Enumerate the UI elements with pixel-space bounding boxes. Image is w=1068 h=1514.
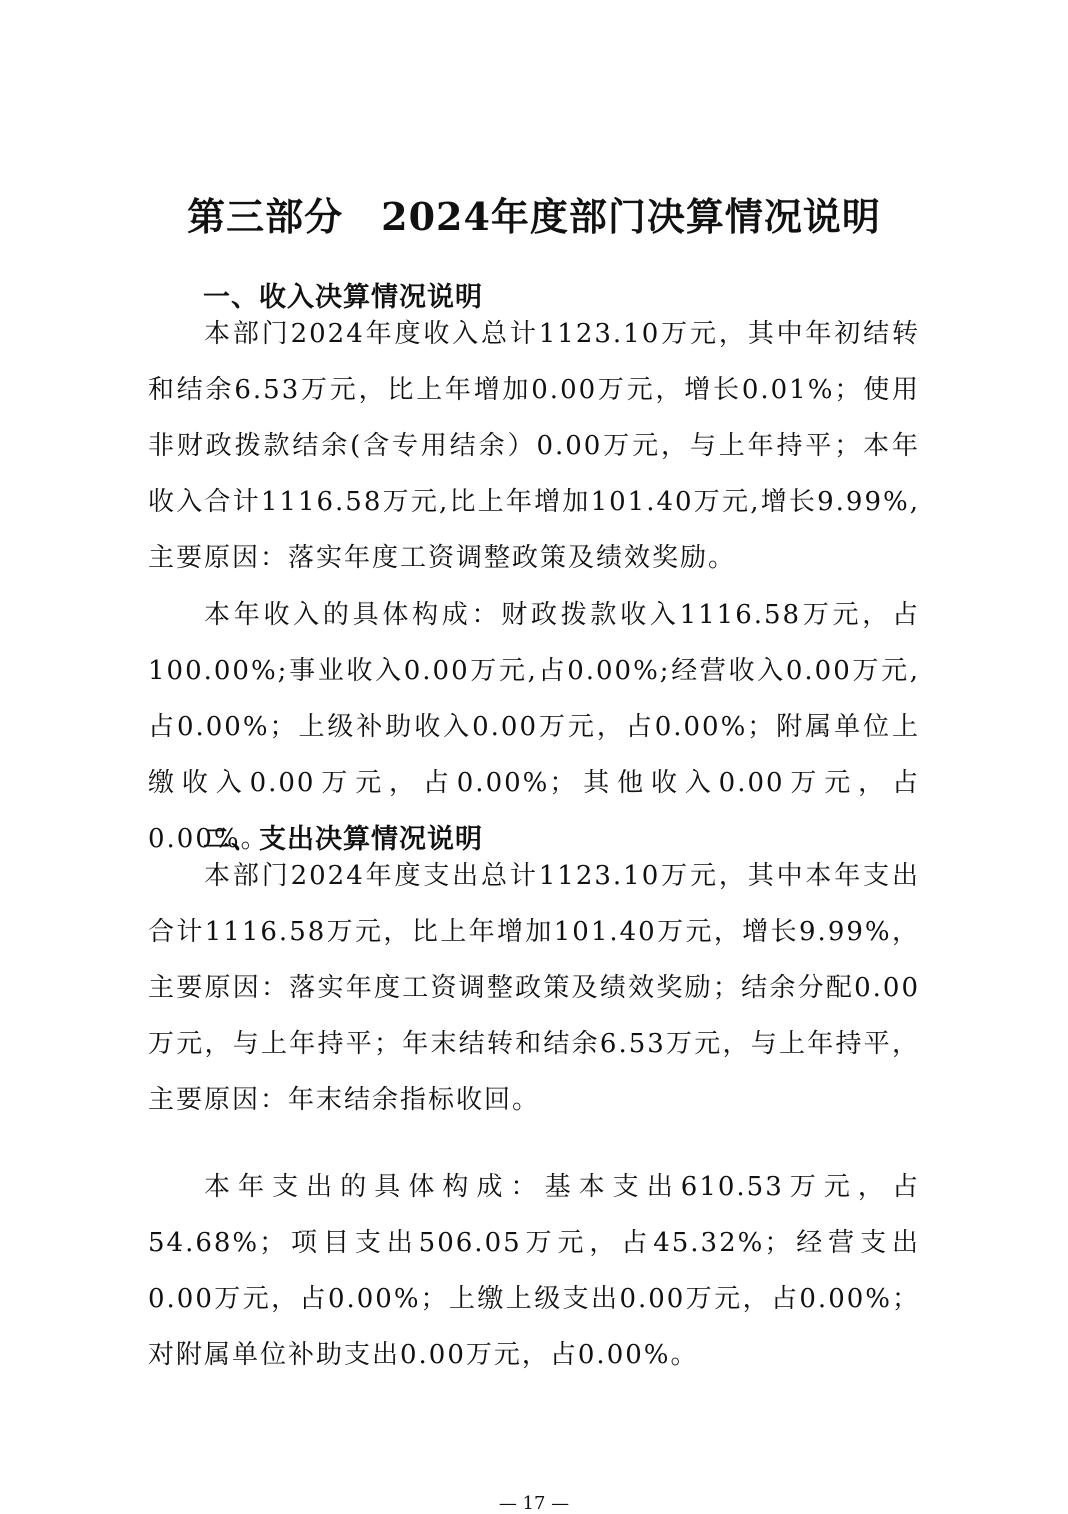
title-main: 2024年度部门决算情况说明 [381, 194, 881, 239]
page-title: 第三部分2024年度部门决算情况说明 [0, 192, 1068, 242]
page-number: — 17 — [0, 1494, 1068, 1514]
paragraph-expenditure-composition: 本年支出的具体构成：基本支出610.53万元，占54.68%；项目支出506.0… [148, 1159, 920, 1383]
paragraph-income-summary: 本部门2024年度收入总计1123.10万元，其中年初结转和结余6.53万元，比… [148, 306, 920, 586]
title-part: 第三部分 [187, 194, 343, 239]
paragraph-expenditure-summary: 本部门2024年度支出总计1123.10万元，其中本年支出合计1116.58万元… [148, 848, 920, 1128]
